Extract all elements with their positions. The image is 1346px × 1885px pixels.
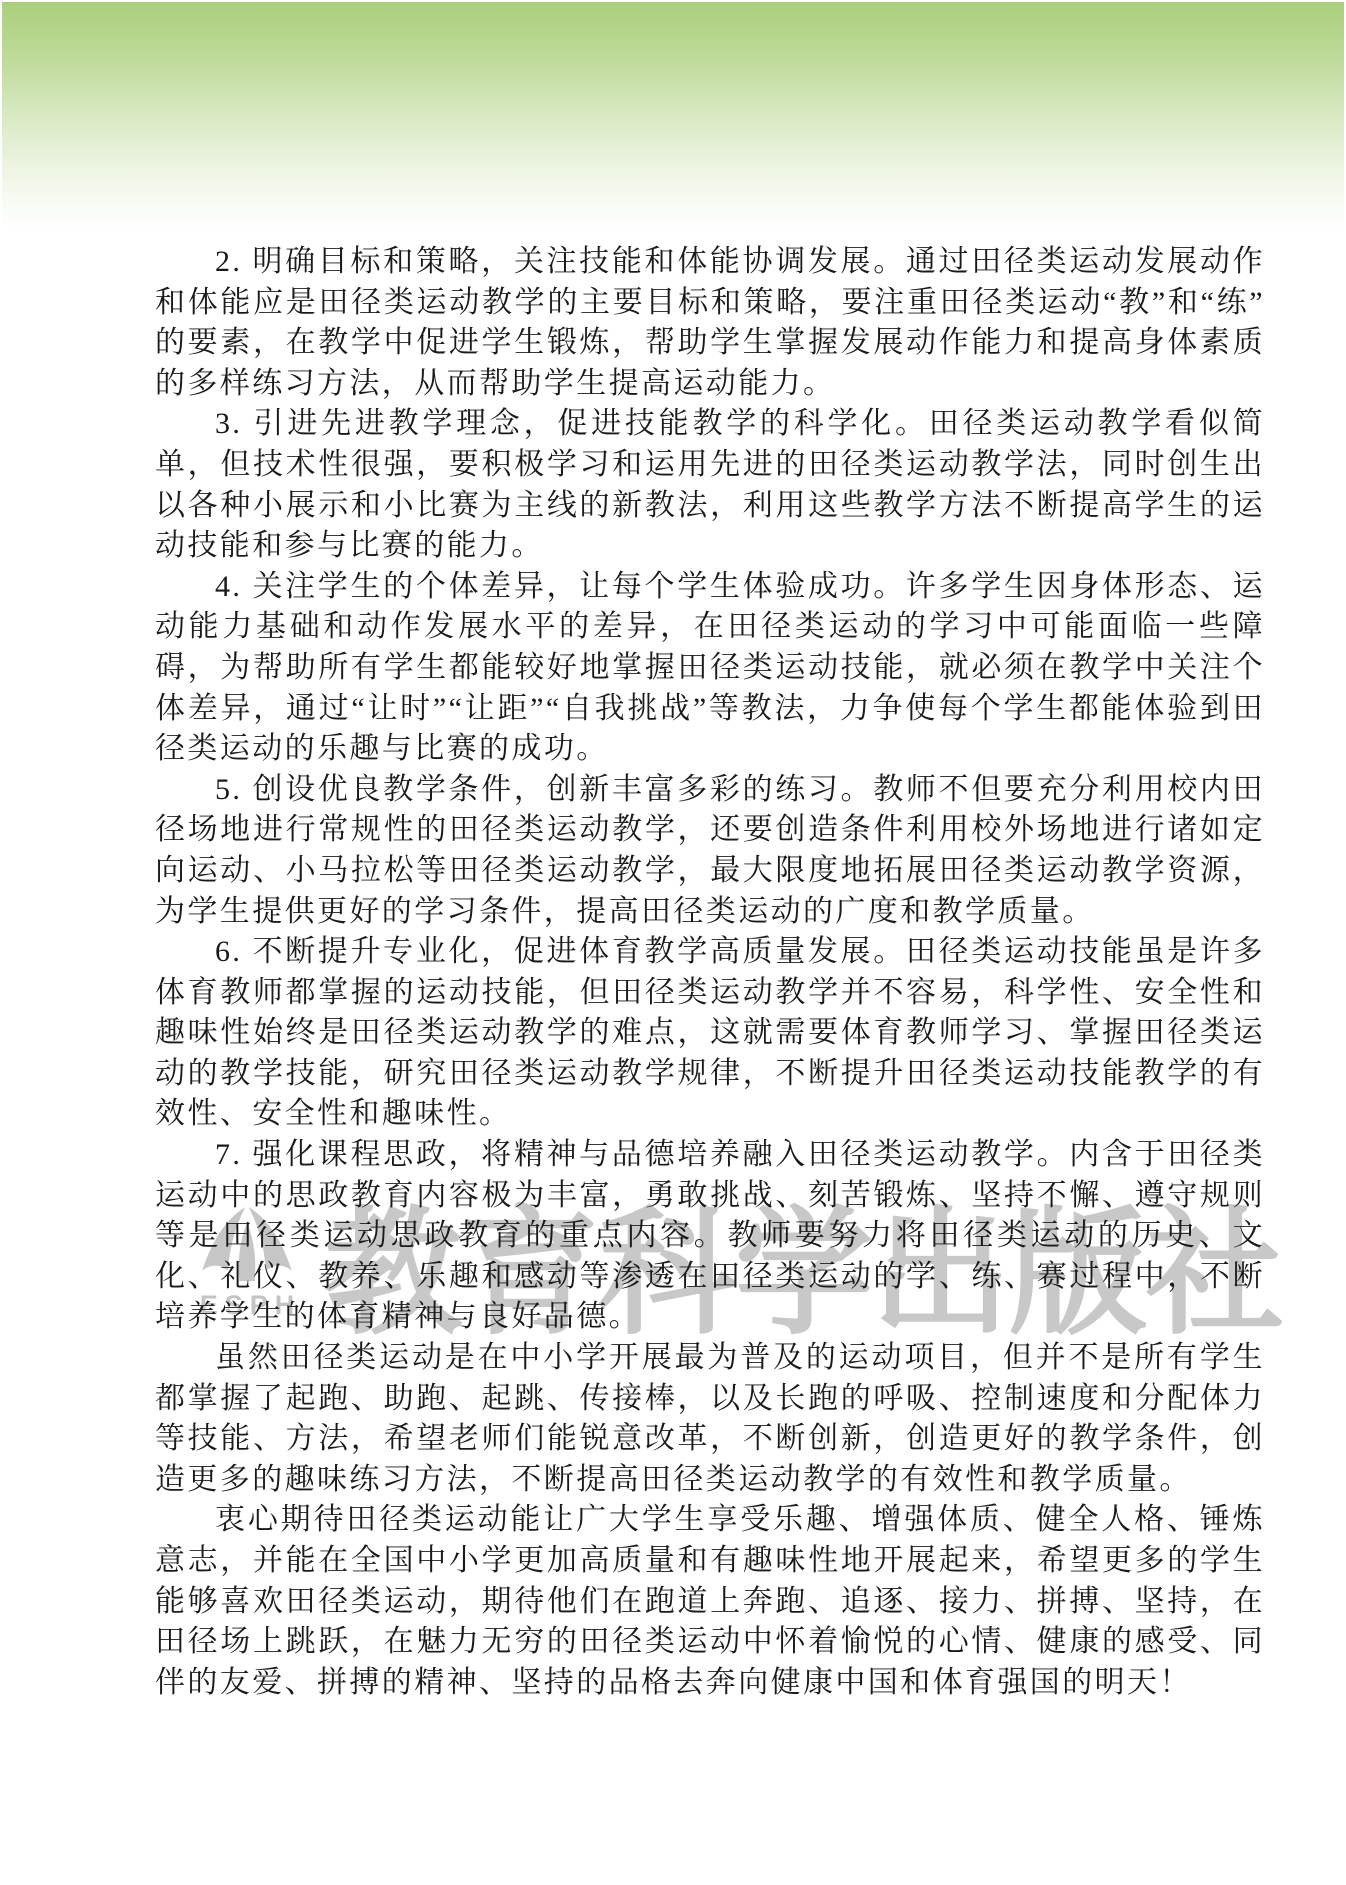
header-gradient-band: [2, 2, 1344, 228]
book-page: ESPH 教育科学出版社 2. 明确目标和策略，关注技能和体能协调发展。通过田径…: [0, 0, 1346, 1885]
paragraph-2: 2. 明确目标和策略，关注技能和体能协调发展。通过田径类运动发展动作和体能应是田…: [155, 242, 1265, 404]
paragraph-4: 4. 关注学生的个体差异，让每个学生体验成功。许多学生因身体形态、运动能力基础和…: [155, 567, 1265, 770]
paragraph-6: 6. 不断提升专业化，促进体育教学高质量发展。田径类运动技能虽是许多体育教师都掌…: [155, 932, 1265, 1135]
paragraph-closing-2: 衷心期待田径类运动能让广大学生享受乐趣、增强体质、健全人格、锤炼意志，并能在全国…: [155, 1500, 1265, 1703]
paragraph-5: 5. 创设优良教学条件，创新丰富多彩的练习。教师不但要充分利用校内田径场地进行常…: [155, 770, 1265, 932]
body-text-column: 2. 明确目标和策略，关注技能和体能协调发展。通过田径类运动发展动作和体能应是田…: [155, 242, 1265, 1703]
paragraph-7: 7. 强化课程思政，将精神与品德培养融入田径类运动教学。内含于田径类运动中的思政…: [155, 1135, 1265, 1338]
paragraph-closing-1: 虽然田径类运动是在中小学开展最为普及的运动项目，但并不是所有学生都掌握了起跑、助…: [155, 1338, 1265, 1500]
paragraph-3: 3. 引进先进教学理念，促进技能教学的科学化。田径类运动教学看似简单，但技术性很…: [155, 404, 1265, 566]
